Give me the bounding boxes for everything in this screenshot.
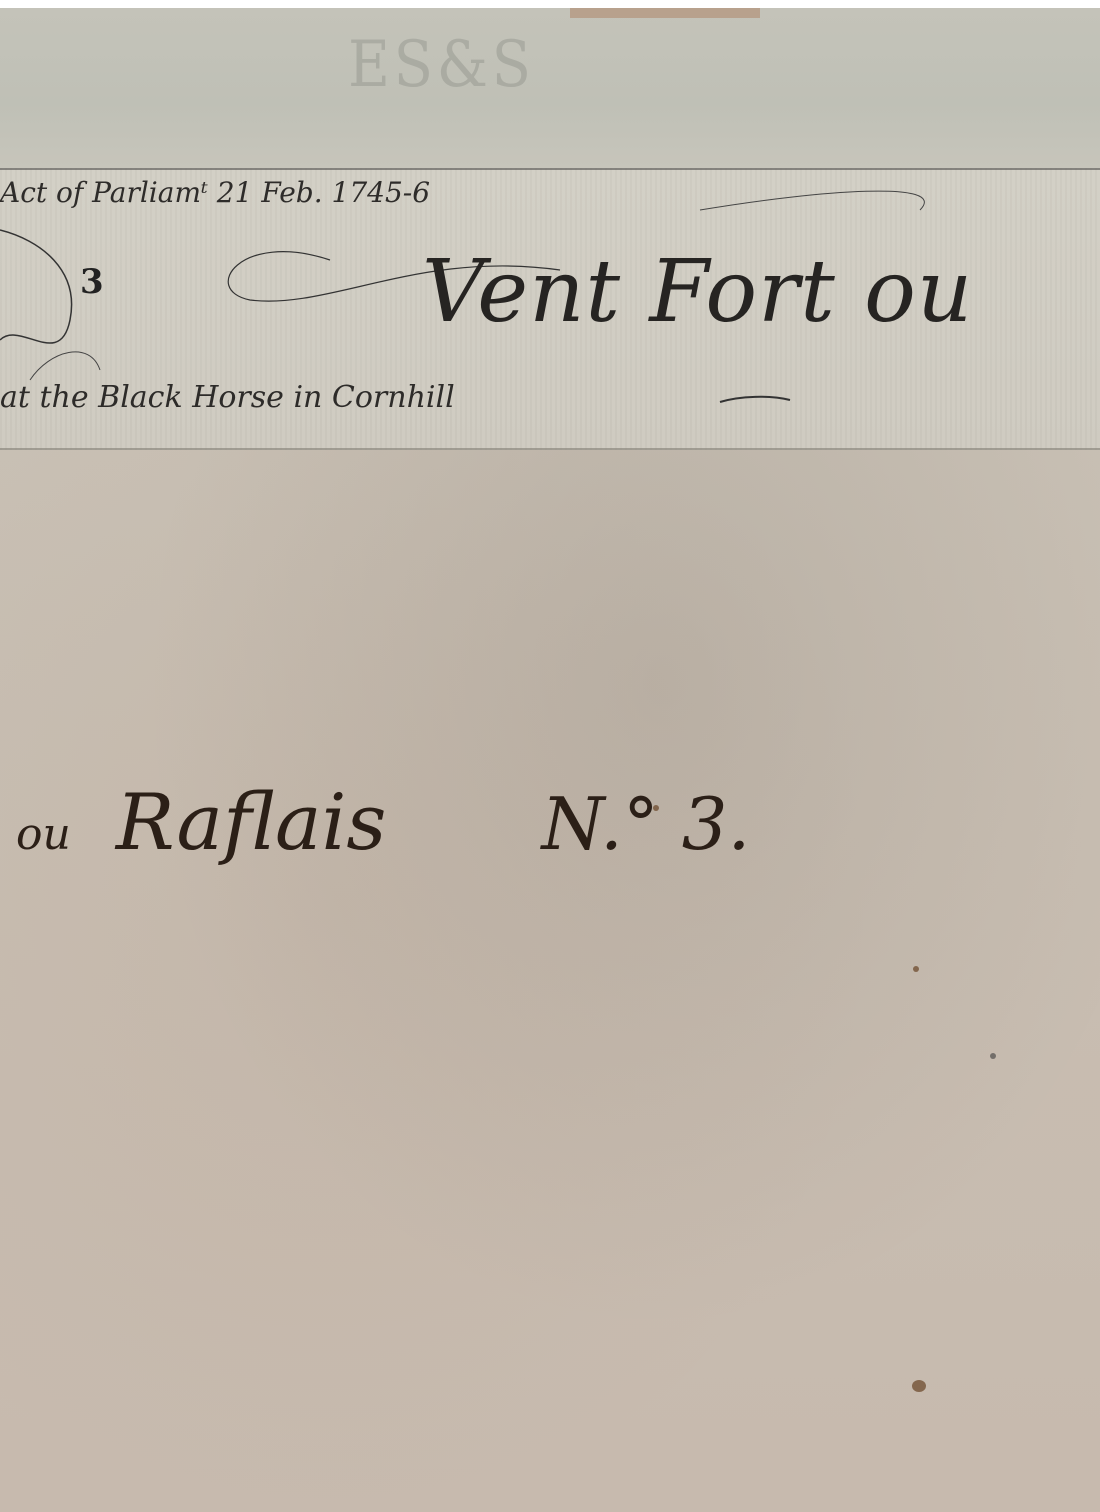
label-number: 3 — [80, 262, 104, 302]
watermark: ES&S — [348, 28, 672, 158]
label-title: Vent Fort ou — [422, 242, 973, 342]
mount-strip: ES&S — [0, 8, 1100, 168]
ink-spot — [653, 805, 659, 811]
printed-label: Act of Parliamᵗ 21 Feb. 1745-6 3 Vent Fo… — [0, 168, 1100, 450]
handwritten-entry: ou Raflais N.° 3. — [16, 778, 750, 868]
ink-spot — [913, 966, 919, 972]
ink-spot — [912, 1380, 926, 1392]
document-photo: ES&S Act of Parliamᵗ 21 Feb. 1745-6 3 Ve… — [0, 8, 1100, 1512]
act-of-parliament-line: Act of Parliamᵗ 21 Feb. 1745-6 — [0, 176, 430, 209]
handwritten-prefix: ou — [16, 809, 71, 860]
label-address: at the Black Horse in Cornhill — [0, 380, 455, 415]
handwritten-word: Raflais — [116, 778, 387, 868]
handwritten-number: N.° 3. — [542, 782, 751, 866]
brown-edge — [570, 8, 760, 18]
ink-spot — [990, 1053, 996, 1059]
